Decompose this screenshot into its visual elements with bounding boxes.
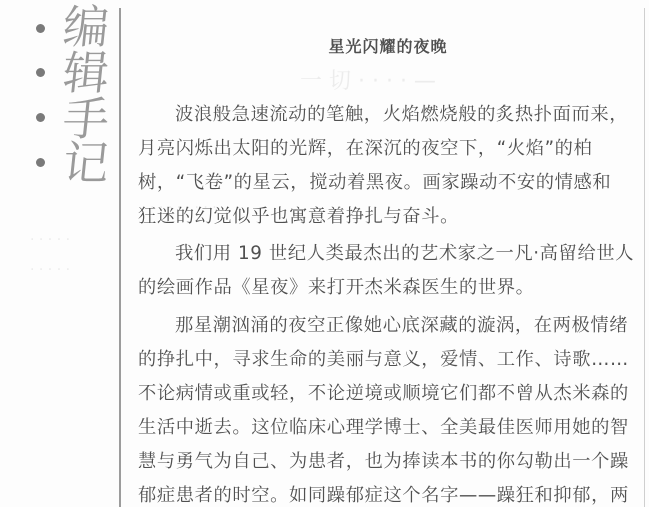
article-title: 星光闪耀的夜晚 [138,36,638,58]
paragraph-1-line-3: 树，“飞卷”的星云，搅动着黑夜。画家躁动不安的情感和 [138,166,611,200]
bullet-dot [36,68,45,77]
paragraph-3-line-2: 的挣扎中，寻求生命的美丽与意义，爱情、工作、诗歌…… [138,343,629,377]
paragraph-1-line-2: 月亮闪烁出太阳的光辉，在深沉的夜空下，“火焰”的柏 [138,132,592,166]
paragraph-3-line-5: 慧与勇气为自己、为患者，也为捧读本书的你勾勒出一个躁 [138,445,629,479]
side-label-char: 编 [56,4,117,50]
paragraph-3-line-1: 那星潮汹涌的夜空正像她心底深藏的漩涡，在两极情绪 [175,309,628,343]
bullet-dot [36,158,45,167]
side-label-char: 辑 [56,50,117,96]
paragraph-3-line-6: 郁症患者的时空。如同躁郁症这个名字——躁狂和抑郁，两 [138,479,629,507]
bullet-dot [36,113,45,122]
show-through-ghost-text: 一 切 · · · · — [300,64,436,95]
book-page: 一 切 · · · · — · · · · · · · · · · · · · … [0,0,649,507]
section-label-editor-notes: 编 辑 手 记 [0,0,118,507]
paragraph-1-line-1: 波浪般急速流动的笔触，火焰燃烧般的炙热扑面而来， [175,98,628,132]
paragraph-3-line-3: 不论病情或重或轻，不论逆境或顺境它们都不曾从杰米森的 [138,377,629,411]
paragraph-2-line-2: 的绘画作品《星夜》来打开杰米森医生的世界。 [138,271,535,305]
right-margin-line [644,8,645,507]
side-label-char: 记 [56,140,117,186]
bullet-dot [36,24,45,33]
paragraph-3-line-4: 生活中逝去。这位临床心理学博士、全美最佳医师用她的智 [138,411,629,445]
vertical-divider [119,8,121,507]
paragraph-2-line-1: 我们用 19 世纪人类最杰出的艺术家之一凡·高留给世人 [175,237,634,271]
paragraph-1-line-4: 狂迷的幻觉似乎也寓意着挣扎与奋斗。 [138,200,459,234]
